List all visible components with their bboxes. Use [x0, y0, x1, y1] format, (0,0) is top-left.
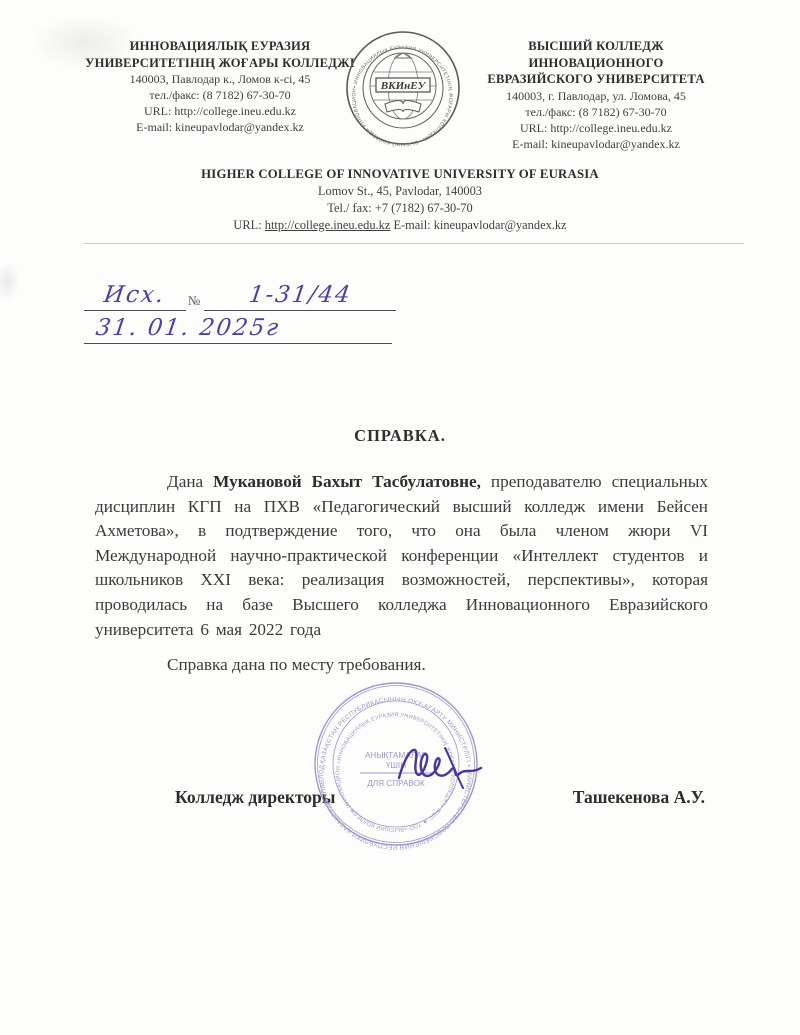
svg-text:«ИННОВАЦИЯЛЫҚ ЕУРАЗИЯ УНИВЕРСИ: «ИННОВАЦИЯЛЫҚ ЕУРАЗИЯ УНИВЕРСИТЕТІНІҢ ЖО…: [310, 678, 455, 832]
college-name-kk-line2: УНИВЕРСИТЕТІНІҢ ЖОҒАРЫ КОЛЛЕДЖІ: [72, 55, 368, 72]
document-title: СПРАВКА.: [0, 426, 800, 446]
signer-position: Колледж директоры: [175, 787, 335, 808]
phone-en: Tel./ fax: +7 (7182) 67-30-70: [0, 200, 800, 217]
letterhead-divider-line: [84, 243, 744, 244]
email-en: E-mail: kineupavlodar@yandex.kz: [390, 218, 566, 232]
email-ru: E-mail: kineupavlodar@yandex.kz: [448, 136, 744, 152]
logo-abbreviation: ВКИнЕУ: [380, 80, 427, 92]
url-email-en: URL: http://college.ineu.edu.kz E-mail: …: [0, 217, 800, 234]
handwritten-outgoing-label: Исх.: [102, 282, 167, 308]
college-name-ru-line1: ВЫСШИЙ КОЛЛЕДЖ: [448, 38, 744, 55]
body-paragraph: Дана Мукановой Бахыт Тасбулатовне, препо…: [95, 470, 708, 642]
scan-smudge-artifact: [0, 262, 20, 302]
scanned-certificate-document: ИННОВАЦИЯЛЫҚ ЕУРАЗИЯ УНИВЕРСИТЕТІНІҢ ЖОҒ…: [0, 0, 800, 1035]
outgoing-label-field: Исх.: [84, 282, 186, 311]
address-ru: 140003, г. Павлодар, ул. Ломова, 45: [448, 88, 744, 104]
phone-ru: тел./факс: (8 7182) 67-30-70: [448, 104, 744, 120]
emblem-icon: • ИННОВАЦИЯЛЫҚ ЕУРАЗИЯ УНИВЕРСИТЕТІНІҢ Ж…: [343, 28, 463, 148]
signer-name: Ташекенова А.У.: [573, 787, 705, 808]
address-kk: 140003, Павлодар к., Ломов к-сі, 45: [72, 71, 368, 87]
signature-row: Колледж директоры Ташекенова А.У.: [175, 787, 705, 808]
number-sign: №: [186, 293, 204, 311]
date-row: 31. 01. 2025г: [84, 315, 392, 344]
outgoing-number-row: Исх. № 1-31/44: [84, 282, 396, 311]
stamp-inner-ring-text: «ИННОВАЦИЯЛЫҚ ЕУРАЗИЯ УНИВЕРСИТЕТІНІҢ ЖО…: [310, 678, 455, 832]
stamp-outer-ring-text: ҚАЗАҚСТАН РЕСПУБЛИКАСЫНЫҢ ОҚУ-АҒАРТУ МИН…: [310, 678, 472, 850]
letterhead-kazakh-block: ИННОВАЦИЯЛЫҚ ЕУРАЗИЯ УНИВЕРСИТЕТІНІҢ ЖОҒ…: [72, 38, 368, 135]
url-label: URL:: [233, 218, 264, 232]
handwritten-number: 1-31/44: [247, 282, 353, 308]
address-en: Lomov St., 45, Pavlodar, 140003: [0, 183, 800, 200]
college-name-ru-line2: ИННОВАЦИОННОГО: [448, 55, 744, 72]
reference-number-block: Исх. № 1-31/44 31. 01. 2025г: [84, 282, 396, 344]
university-emblem-logo: • ИННОВАЦИЯЛЫҚ ЕУРАЗИЯ УНИВЕРСИТЕТІНІҢ Ж…: [343, 28, 463, 148]
url-ru: URL: http://college.ineu.edu.kz: [448, 120, 744, 136]
college-name-en: HIGHER COLLEGE OF INNOVATIVE UNIVERSITY …: [0, 166, 800, 183]
issued-statement: Справка дана по месту требования.: [95, 655, 708, 675]
body-rest: преподавателю специальных дисциплин КГП …: [95, 472, 708, 639]
phone-kk: тел./факс: (8 7182) 67-30-70: [72, 87, 368, 103]
letterhead-russian-block: ВЫСШИЙ КОЛЛЕДЖ ИННОВАЦИОННОГО ЕВРАЗИЙСКО…: [448, 38, 744, 152]
outgoing-number-field: 1-31/44: [204, 282, 396, 311]
svg-text:ҚАЗАҚСТАН РЕСПУБЛИКАСЫНЫҢ ОҚУ-: ҚАЗАҚСТАН РЕСПУБЛИКАСЫНЫҢ ОҚУ-АҒАРТУ МИН…: [310, 678, 472, 850]
letterhead: ИННОВАЦИЯЛЫҚ ЕУРАЗИЯ УНИВЕРСИТЕТІНІҢ ЖОҒ…: [0, 32, 800, 146]
email-kk: E-mail: kineupavlodar@yandex.kz: [72, 119, 368, 135]
body-intro: Дана: [167, 472, 213, 491]
url-kk: URL: http://college.ineu.edu.kz: [72, 103, 368, 119]
college-name-ru-line3: ЕВРАЗИЙСКОГО УНИВЕРСИТЕТА: [448, 71, 744, 88]
stamp-center-line1: АНЫҚТАМАЛАР: [365, 751, 428, 760]
handwritten-date: 31. 01. 2025г: [94, 315, 282, 341]
stamp-icon: ҚАЗАҚСТАН РЕСПУБЛИКАСЫНЫҢ ОҚУ-АҒАРТУ МИН…: [310, 678, 482, 850]
recipient-name: Мукановой Бахыт Тасбулатовне,: [213, 472, 481, 491]
letterhead-english-block: HIGHER COLLEGE OF INNOVATIVE UNIVERSITY …: [0, 166, 800, 234]
stamp-center-line2: ҮШІН: [386, 761, 406, 770]
official-round-stamp: ҚАЗАҚСТАН РЕСПУБЛИКАСЫНЫҢ ОҚУ-АҒАРТУ МИН…: [310, 678, 482, 850]
college-url-link: http://college.ineu.edu.kz: [265, 218, 391, 232]
college-name-kk-line1: ИННОВАЦИЯЛЫҚ ЕУРАЗИЯ: [72, 38, 368, 55]
